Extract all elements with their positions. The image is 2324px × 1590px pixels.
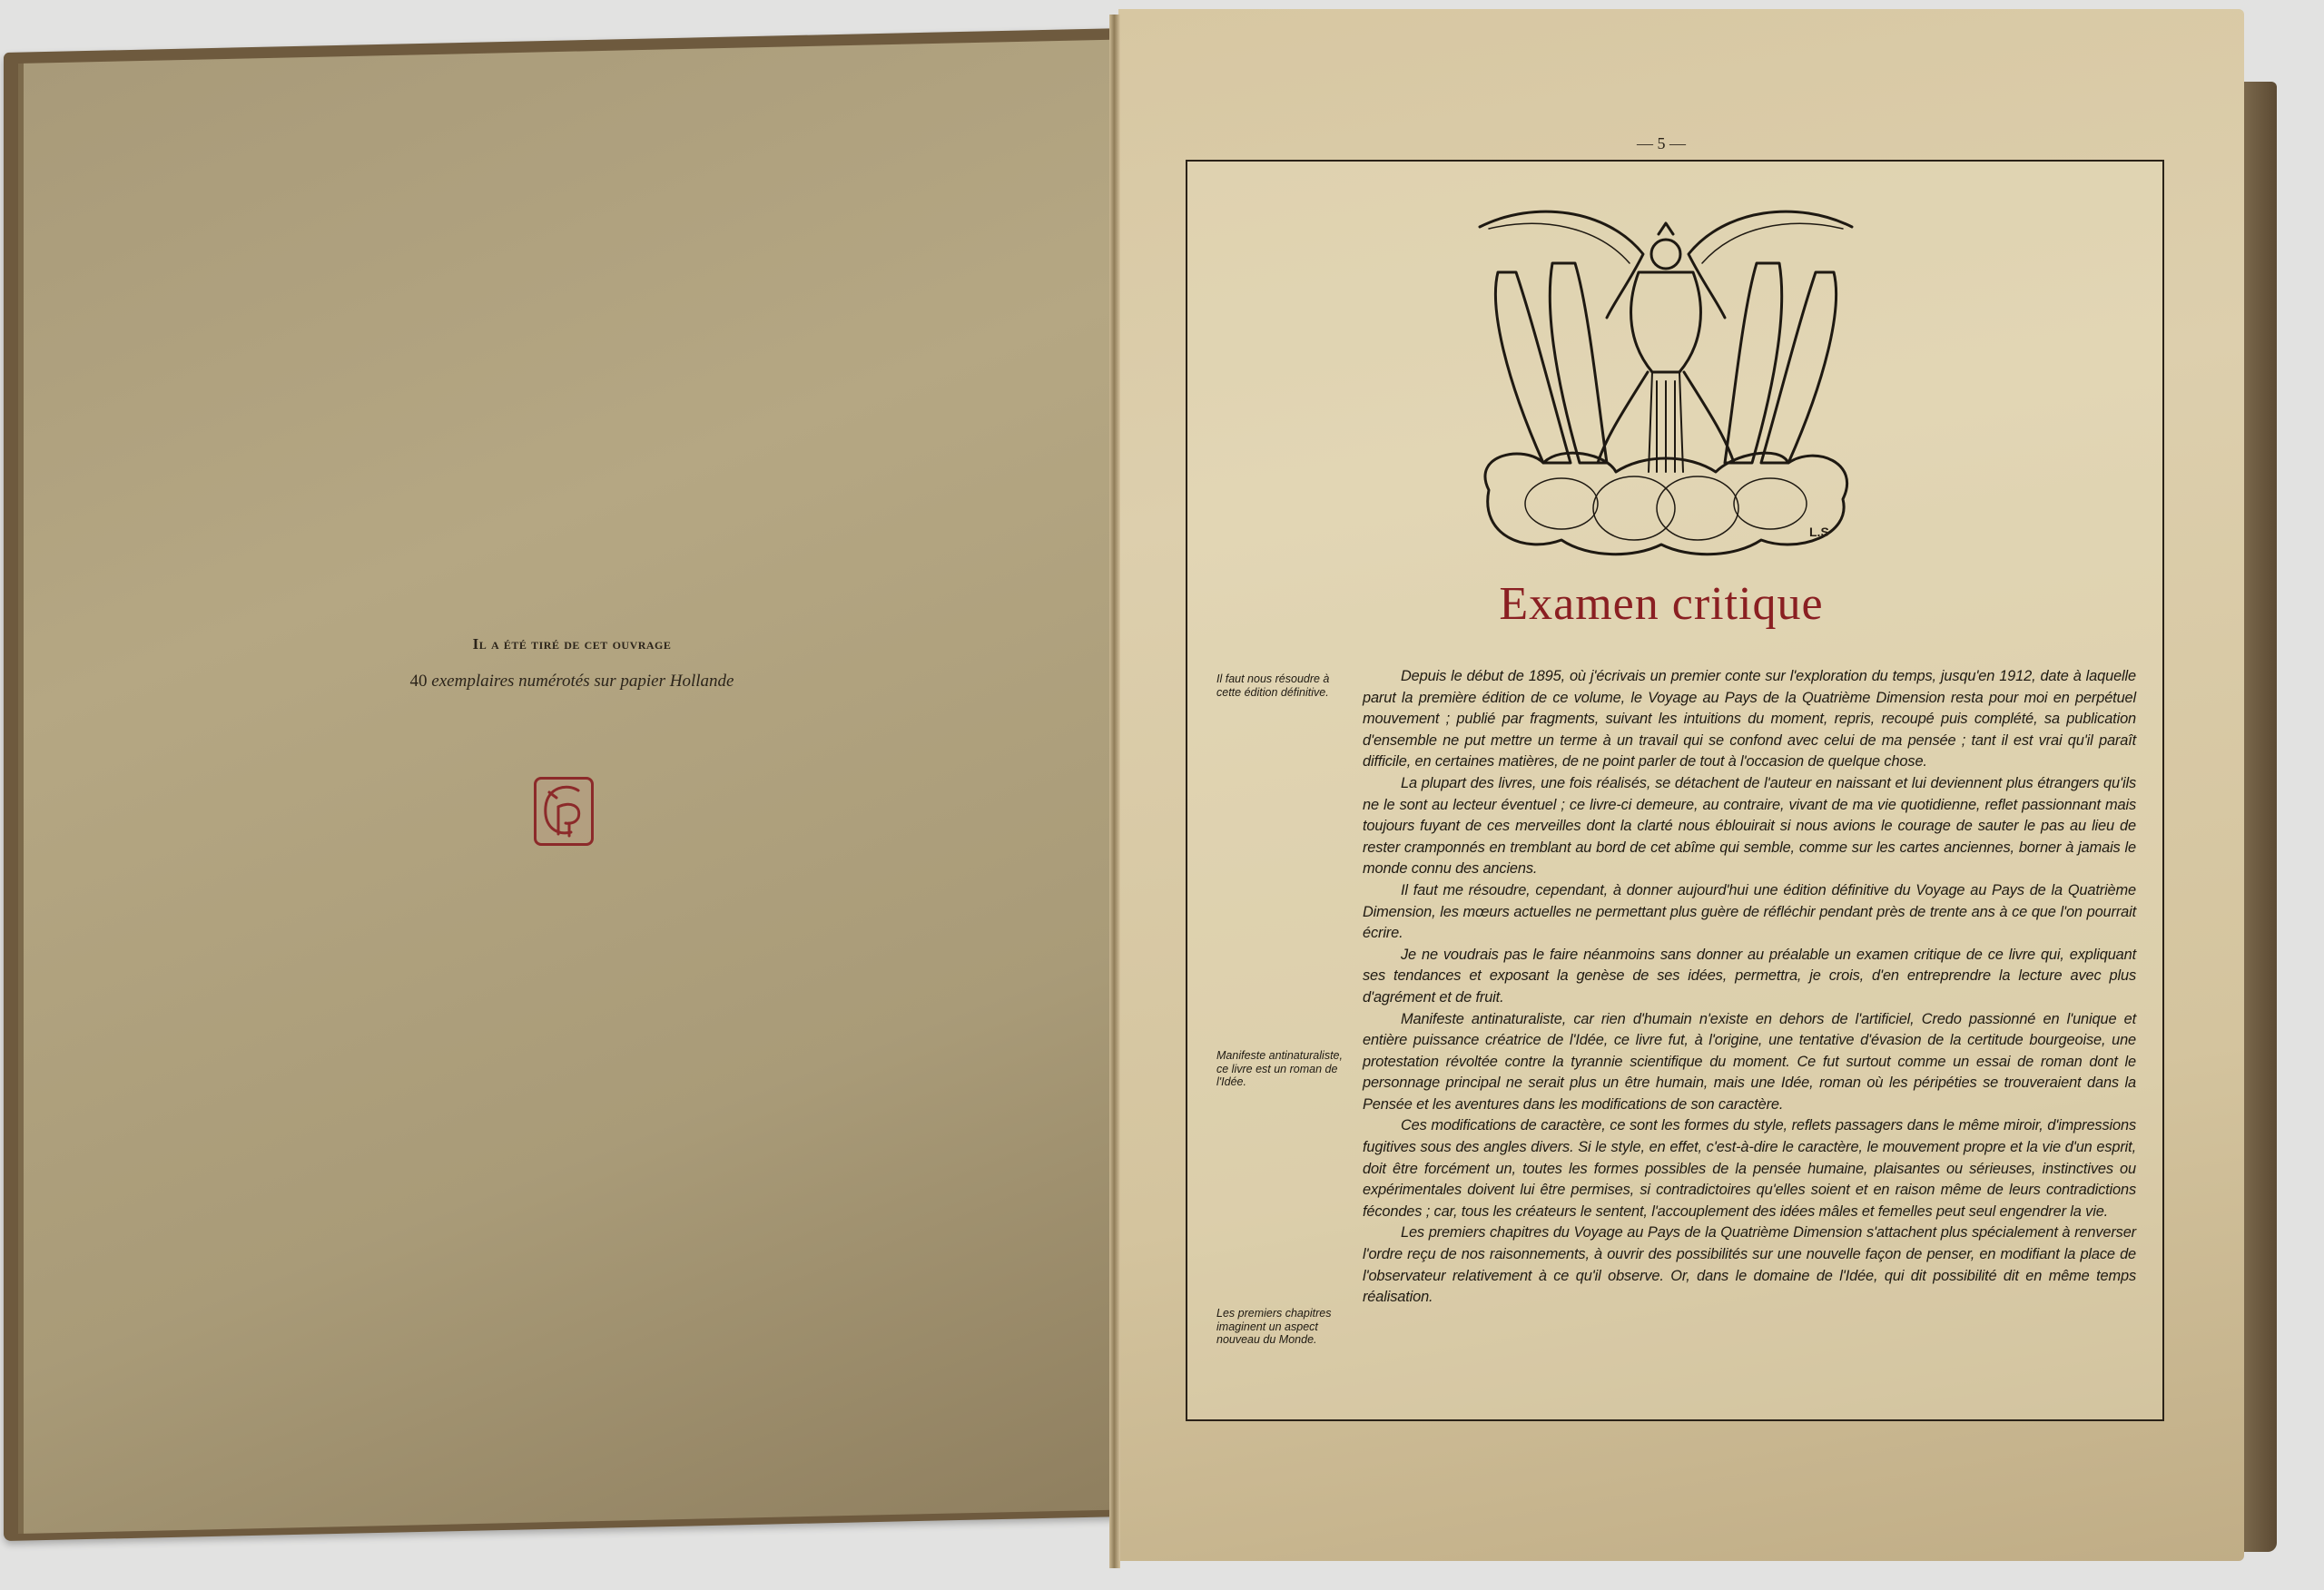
colophon-line-2: 40 exemplaires numérotés sur papier Holl…: [363, 672, 781, 692]
colophon: Il a été tiré de cet ouvrage 40 exemplai…: [363, 635, 781, 692]
paragraph: Manifeste antinaturaliste, car rien d'hu…: [1363, 1009, 2136, 1116]
body-text: Depuis le début de 1895, où j'écrivais u…: [1363, 666, 2136, 1309]
paragraph: La plupart des livres, une fois réalisés…: [1363, 773, 2136, 880]
paragraph: Les premiers chapitres du Voyage au Pays…: [1363, 1222, 2136, 1308]
paragraph: Depuis le début de 1895, où j'écrivais u…: [1363, 666, 2136, 773]
margin-note-2: Manifeste antinaturaliste, ce livre est …: [1216, 1049, 1353, 1089]
winged-figure-illustration-icon: [1471, 200, 1861, 563]
colophon-line-1: Il a été tiré de cet ouvrage: [363, 635, 781, 653]
copies-count: 40: [410, 672, 428, 691]
paragraph: Ces modifications de caractère, ce sont …: [1363, 1115, 2136, 1222]
publisher-monogram-icon: [534, 777, 594, 846]
page-number: — 5 —: [1625, 134, 1698, 153]
paragraph: Je ne voudrais pas le faire néanmoins sa…: [1363, 945, 2136, 1009]
paragraph: Il faut me résoudre, cependant, à donner…: [1363, 880, 2136, 945]
margin-note-1: Il faut nous résoudre à cette édition dé…: [1216, 672, 1353, 699]
illustrator-signature: L.S: [1809, 525, 1829, 539]
chapter-title: Examen critique: [1362, 577, 1961, 631]
copies-description: exemplaires numérotés sur papier Holland…: [431, 672, 734, 691]
spine-gutter: [1109, 15, 1120, 1568]
margin-note-3: Les premiers chapitres imaginent un aspe…: [1216, 1307, 1353, 1347]
